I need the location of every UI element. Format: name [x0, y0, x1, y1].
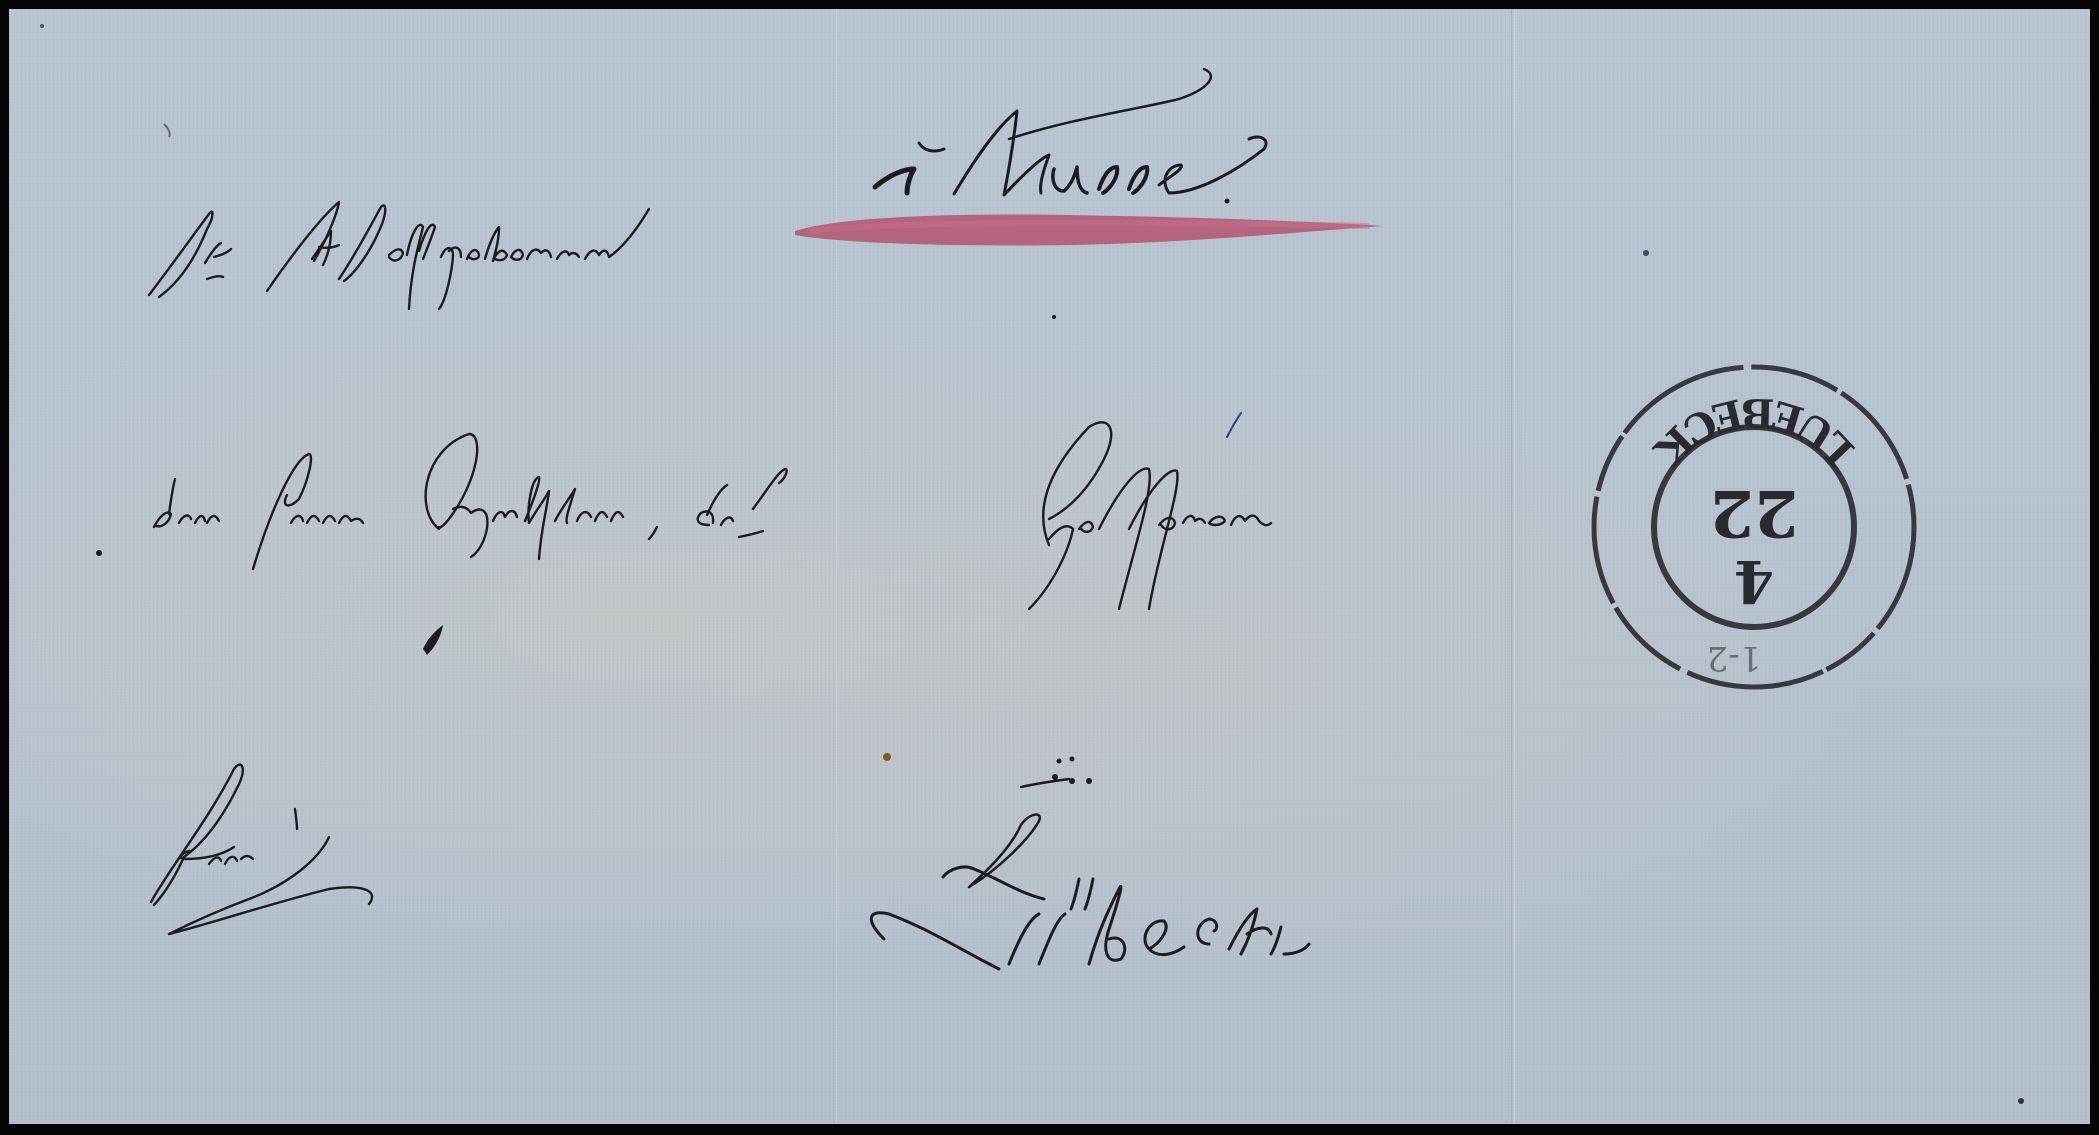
salutation-wohlgeboren — [149, 202, 649, 309]
routing-note-nusse — [875, 69, 1266, 204]
letter-cover: LUEBECK 22 4 1-2 r Nusse Sr. Wohlgeboren… — [9, 9, 2090, 1124]
ink-specks — [40, 24, 2024, 1104]
preposition-in — [1021, 757, 1092, 788]
svg-text:22: 22 — [1709, 475, 1798, 550]
svg-text:4: 4 — [1734, 547, 1774, 615]
svg-text:1-2: 1-2 — [1707, 638, 1762, 678]
postmark-luebeck: LUEBECK 22 4 1-2 — [1594, 367, 1914, 687]
red-crayon-underline — [795, 215, 1384, 246]
destination-lubeck — [871, 815, 1309, 969]
franking-note-frei — [151, 765, 372, 934]
handwriting-layer: LUEBECK 22 4 1-2 — [9, 9, 2090, 1124]
addressee-line — [154, 413, 1271, 609]
scan-border: LUEBECK 22 4 1-2 r Nusse Sr. Wohlgeboren… — [0, 0, 2099, 1135]
svg-text:LUEBECK: LUEBECK — [1644, 389, 1864, 476]
